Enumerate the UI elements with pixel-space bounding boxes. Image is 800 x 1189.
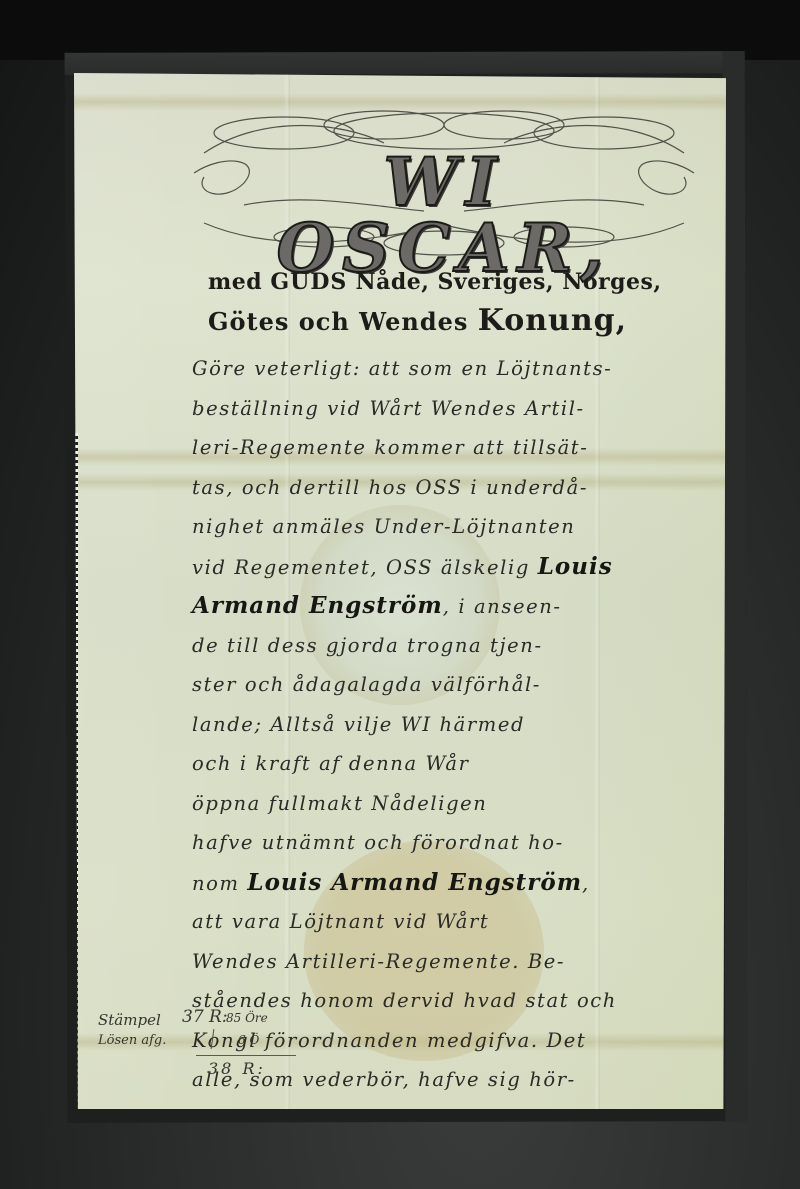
body-line: ståendes honom dervid hvad stat och bbox=[192, 981, 712, 1021]
body-line: ster och ådagalagda välförhål- bbox=[192, 665, 712, 705]
body-line: de till dess gjorda trogna tjen- bbox=[192, 626, 712, 666]
royal-style-line-1: med GUDS Nåde, Sveriges, Norges, bbox=[208, 269, 662, 295]
document-title: WI OSCAR, bbox=[214, 149, 674, 281]
body-line: alle, som vederbör, hafve sig hör- bbox=[192, 1060, 712, 1100]
sum-rule bbox=[196, 1055, 296, 1056]
body-line: lande; Alltså vilje WI härmed bbox=[192, 705, 712, 745]
body-line: tas, och dertill hos OSS i underdå- bbox=[192, 468, 712, 508]
body-line: Göre veterligt: att som en Löjtnants- bbox=[192, 349, 712, 389]
royal-gods: GUDS bbox=[270, 269, 347, 295]
body-line: beställning vid Wårt Wendes Artil- bbox=[192, 389, 712, 429]
body-line: att vara Löjtnant vid Wårt bbox=[192, 902, 712, 942]
mount-right-band bbox=[723, 51, 748, 1121]
body-line: nom Louis Armand Engström, bbox=[192, 863, 712, 903]
royal-realms-2: Götes och Wendes bbox=[208, 307, 468, 336]
fee-extra: 6 Ö bbox=[238, 1033, 259, 1047]
body-line: och i kraft af denna Wår bbox=[192, 744, 712, 784]
fee-label: Lösen afg. bbox=[98, 1033, 166, 1048]
document-heading: WI OSCAR, bbox=[184, 93, 704, 263]
body-text-segment: vid Regementet, OSS älskelig bbox=[192, 556, 538, 579]
royal-realms: Nåde, Sveriges, Norges, bbox=[355, 269, 661, 295]
royal-title: Konung, bbox=[478, 303, 627, 338]
body-line: öppna fullmakt Nådeligen bbox=[192, 784, 712, 824]
body-line: vid Regementet, OSS älskelig Louis bbox=[192, 547, 712, 587]
commission-document: WI OSCAR, med GUDS Nåde, Sveriges, Norge… bbox=[74, 73, 726, 1109]
commission-body: Göre veterligt: att som en Löjtnants- be… bbox=[192, 349, 712, 1100]
recipient-name: Louis Armand Engström bbox=[247, 869, 582, 896]
recipient-name: Armand Engström bbox=[192, 592, 443, 619]
recipient-name: Louis bbox=[538, 553, 613, 580]
royal-style-line-2: Götes och Wendes Konung, bbox=[208, 303, 627, 338]
body-line: Armand Engström, i anseen- bbox=[192, 586, 712, 626]
royal-prefix: med bbox=[208, 269, 262, 295]
body-line: Wendes Artilleri-Regemente. Be- bbox=[192, 942, 712, 982]
body-line: hafve utnämnt och förordnat ho- bbox=[192, 823, 712, 863]
body-text-segment: nom bbox=[192, 872, 247, 895]
body-text-segment: , bbox=[582, 872, 590, 895]
stamp-ore: 85 Öre bbox=[226, 1011, 268, 1025]
body-text-segment: , i anseen- bbox=[443, 595, 562, 618]
fee-total: 38 R: bbox=[208, 1059, 266, 1078]
body-line: nighet anmäles Under-Löjtnanten bbox=[192, 507, 712, 547]
body-line: leri-Regemente kommer att tillsät- bbox=[192, 428, 712, 468]
stamp-amount: 37 R: bbox=[182, 1007, 228, 1027]
mount-top-band bbox=[65, 51, 745, 75]
stamp-label: Stämpel bbox=[98, 1011, 161, 1029]
